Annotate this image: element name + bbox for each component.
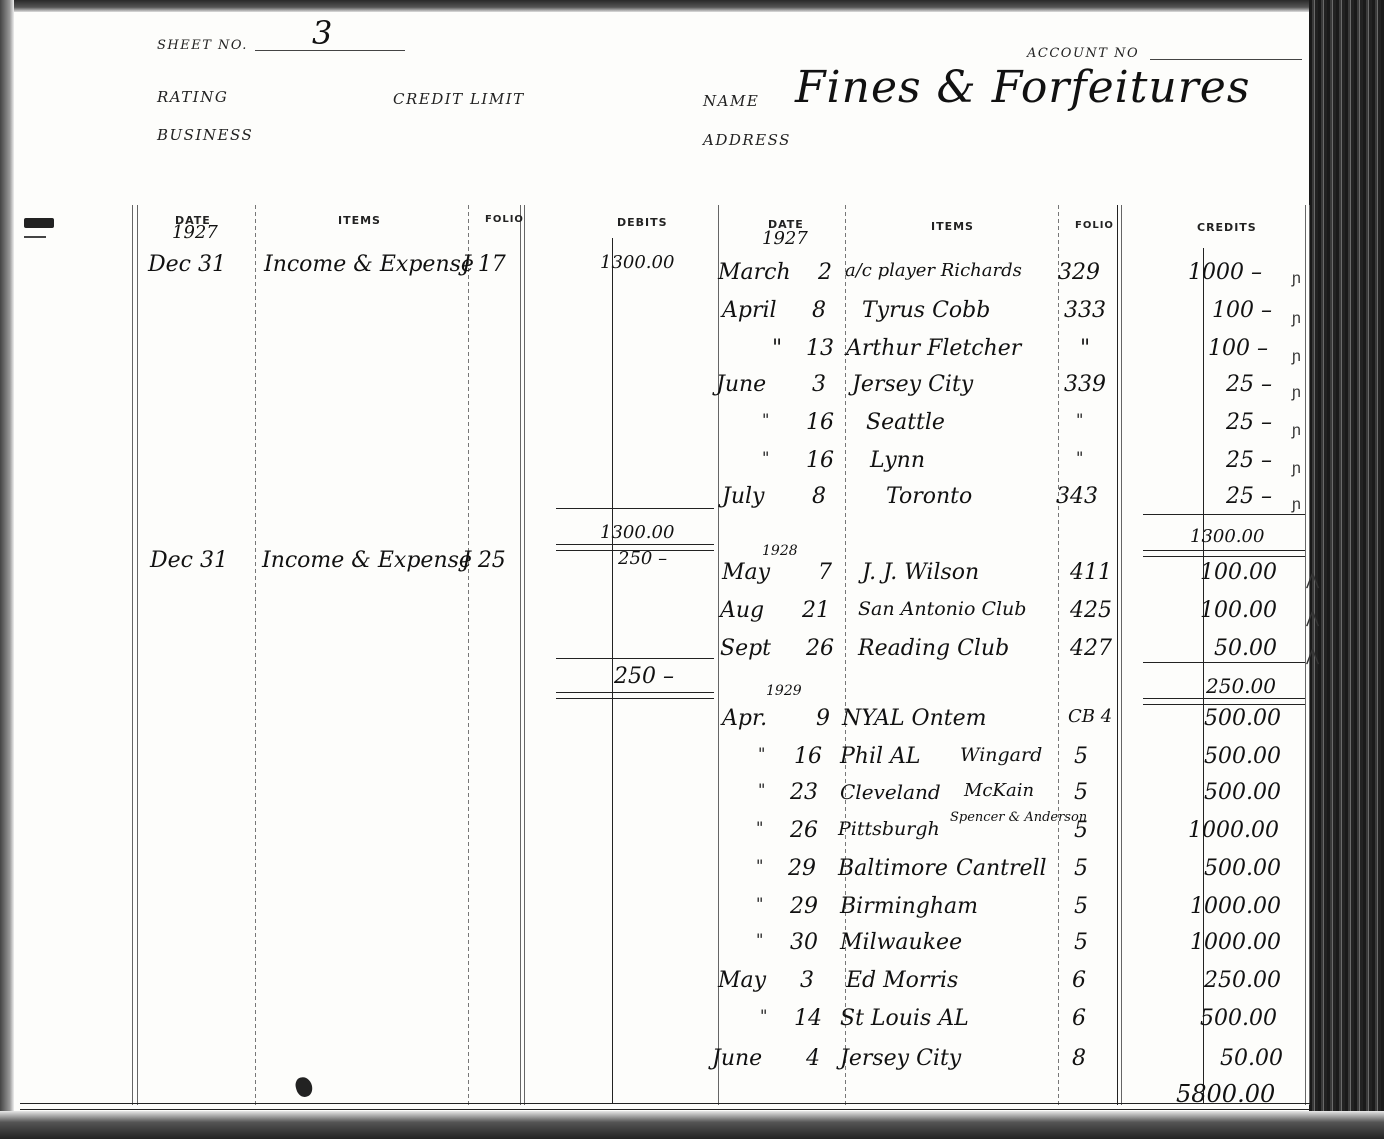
credit-day: 21 [802, 598, 830, 623]
credit-amount: 500.00 [1204, 706, 1281, 731]
col-items-left: ITEMS [338, 214, 381, 227]
credit-folio: 333 [1064, 298, 1106, 323]
col-folio-left: FOLIO [485, 214, 524, 225]
credit-amount: 50.00 [1214, 636, 1277, 661]
credit-limit-label: CREDIT LIMIT [393, 90, 525, 108]
credit-row: " 29 Baltimore Cantrell 5 500.00 [0, 856, 1384, 892]
credit-item: Baltimore [838, 856, 948, 881]
credit-double-rule-2 [1143, 698, 1305, 705]
credit-item: Pittsburgh [838, 818, 940, 840]
credit-row: " 26 Pittsburgh Spencer & Anderson 5 100… [0, 818, 1384, 854]
credit-row: March 2 a/c player Richards 329 1000 – [0, 260, 1384, 296]
credit-folio: 343 [1056, 484, 1098, 509]
binder-clip-mark [24, 218, 54, 228]
page-bottom-double-rule [20, 1103, 1310, 1110]
credit-total-rule-2 [1143, 662, 1305, 663]
credit-amount: 250.00 [1204, 968, 1281, 993]
credit-folio: 6 [1072, 1006, 1086, 1031]
credit-day: 29 [788, 856, 816, 881]
scan-border-top [0, 0, 1384, 12]
credit-day: 13 [806, 336, 834, 361]
credit-row: " 29 Birmingham 5 1000.00 [0, 894, 1384, 930]
credit-day: 23 [790, 780, 818, 805]
credit-day: 8 [812, 298, 826, 323]
credit-month: " [762, 410, 769, 429]
credit-day: 14 [794, 1006, 822, 1031]
credit-folio: CB 4 [1068, 706, 1112, 727]
credit-amount: 100 – [1208, 336, 1268, 361]
credit-folio: 6 [1072, 968, 1086, 993]
debit-total-1: 1300.00 [600, 522, 674, 543]
credit-amount: 1000.00 [1190, 894, 1281, 919]
credit-row: May 3 Ed Morris 6 250.00 [0, 968, 1384, 1004]
credit-month: July [722, 484, 764, 509]
credit-month: " [772, 336, 782, 361]
credit-amount: 100.00 [1200, 598, 1277, 623]
credit-folio: 425 [1070, 598, 1112, 623]
credit-month: " [758, 780, 765, 799]
credit-day: 3 [812, 372, 826, 397]
credit-row: " 16 Lynn " 25 – [0, 448, 1384, 484]
credit-folio: 339 [1064, 372, 1106, 397]
credit-day: 8 [812, 484, 826, 509]
check-mark-icon: ɲ [1292, 270, 1301, 288]
credit-amount: 50.00 [1220, 1046, 1283, 1071]
credit-folio: 411 [1070, 560, 1112, 585]
credit-amount: 500.00 [1204, 856, 1281, 881]
credit-amount: 25 – [1226, 448, 1272, 473]
credit-row: " 16 Phil AL Wingard 5 500.00 [0, 744, 1384, 780]
credit-folio: 5 [1074, 818, 1088, 843]
credit-folio: 5 [1074, 894, 1088, 919]
credit-row: Apr. 9 NYAL Ontem CB 4 500.00 [0, 706, 1384, 742]
credit-month: " [756, 818, 763, 837]
credit-item: San Antonio Club [858, 598, 1026, 620]
check-mark-icon: ɲ [1292, 348, 1301, 366]
col-folio-right: FOLIO [1075, 220, 1114, 231]
check-mark-icon: ⋀ [1306, 570, 1319, 590]
year-1929-label: 1929 [766, 683, 802, 699]
credit-total-rule-1 [1143, 514, 1305, 515]
sheet-no-label: SHEET NO. [157, 38, 248, 53]
credit-day: 26 [790, 818, 818, 843]
credit-amount: 500.00 [1204, 780, 1281, 805]
credit-month: " [758, 744, 765, 763]
col-year-right: 1927 [762, 228, 808, 249]
account-name-value: Fines & Forfeitures [795, 62, 1250, 113]
credit-month: May [718, 968, 766, 993]
credit-month: June [712, 1046, 762, 1071]
credit-day: 29 [790, 894, 818, 919]
credit-item-detail: Spencer & Anderson [950, 810, 1087, 825]
credit-folio: 329 [1058, 260, 1100, 285]
credit-row: June 3 Jersey City 339 25 – [0, 372, 1384, 408]
credit-month: June [716, 372, 766, 397]
credit-amount: 25 – [1226, 410, 1272, 435]
credit-item: Seattle [866, 410, 945, 435]
credit-month: " [762, 448, 769, 467]
debit-double-rule-1 [556, 544, 714, 551]
credit-item: Cleveland [840, 780, 941, 804]
check-mark-icon: ɲ [1292, 384, 1301, 402]
credit-day: 16 [806, 448, 834, 473]
name-label: NAME [703, 92, 759, 110]
binder-dash-mark [24, 236, 46, 238]
col-credits: CREDITS [1197, 221, 1257, 234]
credit-amount: 100 – [1212, 298, 1272, 323]
credit-double-rule-1 [1143, 550, 1305, 557]
credit-row: " 13 Arthur Fletcher " 100 – [0, 336, 1384, 372]
credit-month: April [722, 298, 777, 323]
credit-total-1: 1300.00 [1190, 526, 1264, 547]
credit-month: " [756, 856, 763, 875]
credit-amount: 1000 – [1188, 260, 1262, 285]
credit-day: 2 [818, 260, 832, 285]
rating-label: RATING [157, 88, 228, 106]
credit-day: 9 [816, 706, 830, 731]
account-no-label: ACCOUNT NO [1027, 46, 1139, 61]
credit-month: March [718, 260, 791, 285]
credit-amount: 500.00 [1204, 744, 1281, 769]
credit-item: Toronto [886, 484, 972, 509]
check-mark-icon: ɲ [1292, 422, 1301, 440]
credit-item-detail: Cantrell [956, 856, 1047, 881]
col-debits: DEBITS [617, 216, 668, 229]
credit-item: Birmingham [840, 894, 978, 919]
address-label: ADDRESS [703, 131, 791, 149]
credit-month: Sept [720, 636, 771, 661]
credit-item-detail: Wingard [960, 744, 1042, 766]
credit-row: June 4 Jersey City 8 50.00 [0, 1046, 1384, 1082]
credit-day: 26 [806, 636, 834, 661]
check-mark-icon: ɲ [1292, 460, 1301, 478]
credit-row: " 16 Seattle " 25 – [0, 410, 1384, 446]
credit-day: 3 [800, 968, 814, 993]
col-year-left: 1927 [172, 222, 218, 243]
credit-folio: " [1076, 448, 1083, 467]
credit-row: " 30 Milwaukee 5 1000.00 [0, 930, 1384, 966]
check-mark-icon: ɲ [1292, 496, 1301, 514]
credit-amount: 25 – [1226, 372, 1272, 397]
credit-row: Sept 26 Reading Club 427 50.00 [0, 636, 1384, 672]
check-mark-icon: ⋀ [1306, 646, 1319, 666]
credit-item: Milwaukee [840, 930, 962, 955]
credit-folio: " [1076, 410, 1083, 429]
debit-double-rule-2 [556, 692, 714, 699]
credit-day: 16 [806, 410, 834, 435]
credit-amount: 1000.00 [1190, 930, 1281, 955]
credit-item: J. J. Wilson [862, 560, 979, 585]
credit-month: " [756, 894, 763, 913]
credit-day: 16 [794, 744, 822, 769]
credit-row: " 14 St Louis AL 6 500.00 [0, 1006, 1384, 1042]
credit-day: 30 [790, 930, 818, 955]
credit-amount: 100.00 [1200, 560, 1277, 585]
credit-item: Lynn [870, 448, 925, 473]
credit-folio: " [1080, 336, 1090, 361]
credit-total-2: 250.00 [1206, 674, 1276, 698]
credit-day: 4 [806, 1046, 820, 1071]
credit-folio: 427 [1070, 636, 1112, 661]
credit-item: Jersey City [840, 1046, 961, 1071]
credit-row: " 23 Cleveland McKain 5 500.00 [0, 780, 1384, 816]
credit-month: May [722, 560, 770, 585]
business-label: BUSINESS [157, 126, 253, 144]
credit-item: Arthur Fletcher [846, 336, 1021, 361]
credit-row: April 8 Tyrus Cobb 333 100 – [0, 298, 1384, 334]
credit-item: St Louis AL [840, 1006, 969, 1031]
credit-month: " [760, 1006, 767, 1025]
year-1928-label: 1928 [762, 543, 798, 559]
credit-amount: 25 – [1226, 484, 1272, 509]
credit-item: Phil AL [840, 744, 921, 769]
check-mark-icon: ɲ [1292, 310, 1301, 328]
sheet-no-value: 3 [312, 14, 332, 52]
credit-item: Ed Morris [846, 968, 958, 993]
credit-item: Reading Club [858, 636, 1009, 661]
credit-row: May 7 J. J. Wilson 411 100.00 [0, 560, 1384, 596]
credit-amount: 1000.00 [1188, 818, 1279, 843]
credit-row: Aug 21 San Antonio Club 425 100.00 [0, 598, 1384, 634]
credit-folio: 5 [1074, 930, 1088, 955]
credit-folio: 5 [1074, 780, 1088, 805]
scan-border-bottom [0, 1111, 1384, 1139]
account-no-underline [1150, 59, 1302, 60]
col-items-right: ITEMS [931, 220, 974, 233]
credit-item: a/c player Richards [845, 260, 1022, 281]
credit-item: Jersey City [852, 372, 973, 397]
credit-amount: 500.00 [1200, 1006, 1277, 1031]
credit-day: 7 [818, 560, 832, 585]
credit-month: Apr. [722, 706, 767, 731]
check-mark-icon: ⋀ [1306, 608, 1319, 628]
credit-folio: 5 [1074, 856, 1088, 881]
credit-folio: 5 [1074, 744, 1088, 769]
credit-item-detail: McKain [964, 780, 1034, 801]
credit-item: Tyrus Cobb [862, 298, 990, 323]
credit-month: Aug [720, 598, 764, 623]
credit-folio: 8 [1072, 1046, 1086, 1071]
credit-item: NYAL Ontem [842, 706, 986, 731]
credit-month: " [756, 930, 763, 949]
